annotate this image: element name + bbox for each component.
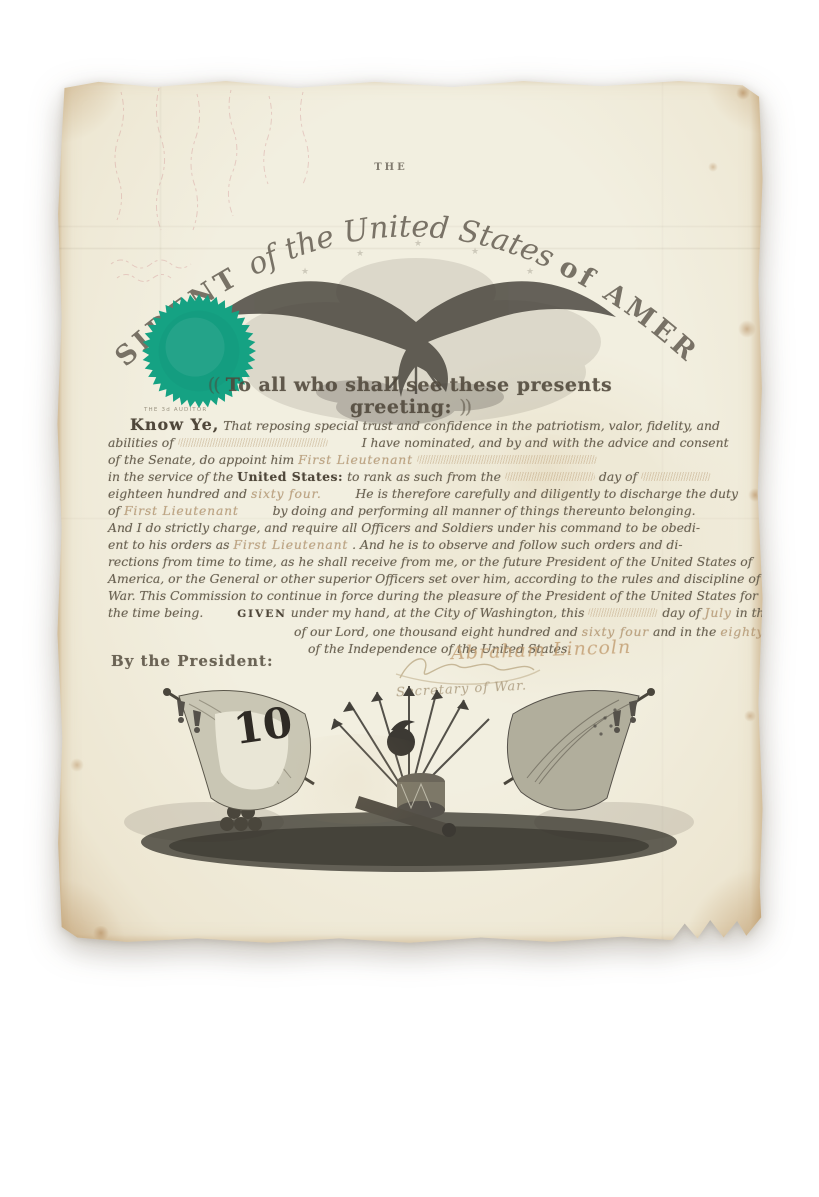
line10-printed: America, or the General or other superio…	[108, 571, 760, 586]
given-word: GIVEN	[237, 608, 287, 620]
photo-background: PRESIDENT of the United States of AMERIC…	[0, 0, 819, 1197]
stain	[256, 734, 456, 824]
given-printed-b: day of	[662, 605, 700, 620]
svg-text:★: ★	[414, 239, 422, 249]
commission-line-5: eighteen hundred and sixty four. He is t…	[108, 485, 716, 502]
foxing-spot	[748, 488, 762, 502]
illegible-handwriting	[641, 472, 711, 481]
stain	[486, 434, 606, 514]
line6-printed-b: by doing and performing all manner of th…	[273, 503, 696, 518]
illegible-handwriting	[588, 608, 658, 617]
line11-printed: War. This Commission to continue in forc…	[108, 588, 758, 603]
commission-document: PRESIDENT of the United States of AMERIC…	[56, 74, 764, 950]
foxing-spot	[70, 758, 84, 772]
line13-printed-c: year	[810, 624, 819, 639]
line8-printed: ent to his orders as	[108, 537, 229, 552]
salutation-banner: (( To all who shall see these presents g…	[160, 374, 660, 418]
know-ye: Know Ye,	[130, 415, 219, 434]
right-flag	[504, 688, 655, 810]
commission-line-8: ent to his orders as First Lieutenant . …	[108, 536, 716, 553]
flag-number: 10	[231, 697, 296, 754]
line8-printed-b: . And he is to observe and follow such o…	[352, 537, 682, 552]
the-word: THE	[356, 162, 426, 173]
handwritten-year: sixty four.	[251, 486, 322, 501]
svg-text:★: ★	[301, 267, 309, 277]
foxing-spot	[738, 320, 756, 338]
commission-line-10: America, or the General or other superio…	[108, 570, 716, 587]
flourish-close: ))	[459, 396, 470, 418]
svg-text:★: ★	[356, 249, 364, 259]
line5-printed: eighteen hundred and	[108, 486, 247, 501]
line3-printed: of the Senate, do appoint him	[108, 452, 294, 467]
commission-line-11: War. This Commission to continue in forc…	[108, 587, 716, 604]
handwritten-rank: First Lieutenant	[233, 537, 348, 552]
commission-body: Know Ye, That reposing special trust and…	[108, 416, 716, 657]
foxing-spot	[92, 926, 110, 940]
line9-printed: rections from time to time, as he shall …	[108, 554, 752, 569]
illegible-handwriting	[178, 438, 328, 447]
line2-printed: abilities of	[108, 435, 174, 450]
commission-line-12: the time being. GIVEN under my hand, at …	[108, 604, 716, 623]
handwritten-independence-year: eighty ninth	[720, 624, 806, 639]
commission-line-2: abilities of I have nominated, and by an…	[108, 434, 716, 451]
line6-printed: of	[108, 503, 120, 518]
handwritten-month: July	[705, 605, 732, 620]
commission-line-6: of First Lieutenant by doing and perform…	[108, 502, 716, 519]
commission-line-1: Know Ye, That reposing special trust and…	[108, 416, 716, 434]
line12-printed: the time being.	[108, 605, 203, 620]
commission-line-9: rections from time to time, as he shall …	[108, 553, 716, 570]
line4-printed: in the service of the	[108, 469, 233, 484]
foxing-spot	[736, 86, 750, 100]
commission-line-3: of the Senate, do appoint him First Lieu…	[108, 451, 716, 468]
flourish-open: ((	[208, 374, 219, 396]
line13-printed: of our Lord, one thousand eight hundred …	[294, 624, 578, 639]
foxing-spot	[744, 710, 756, 722]
line7-printed: And I do strictly charge, and require al…	[108, 520, 700, 535]
foxing-spot	[708, 162, 718, 172]
line1-text: That reposing special trust and confiden…	[223, 418, 720, 433]
salutation-text: To all who shall see these presents gree…	[226, 374, 612, 418]
handwritten-rank: First Lieutenant	[124, 503, 239, 518]
line4-printed-b: to rank as such from the	[347, 469, 501, 484]
handwritten-rank: First Lieutenant	[298, 452, 413, 467]
svg-text:★: ★	[526, 267, 534, 277]
parchment-sheet: PRESIDENT of the United States of AMERIC…	[56, 74, 764, 948]
svg-text:★: ★	[471, 247, 479, 257]
united-states-bold: United States:	[237, 469, 343, 484]
commission-line-4: in the service of the United States: to …	[108, 468, 716, 485]
given-printed-c: in the year	[736, 605, 804, 620]
by-the-president-label: By the President:	[111, 652, 274, 670]
given-printed-a: under my hand, at the City of Washington…	[291, 605, 585, 620]
commission-line-7: And I do strictly charge, and require al…	[108, 519, 716, 536]
